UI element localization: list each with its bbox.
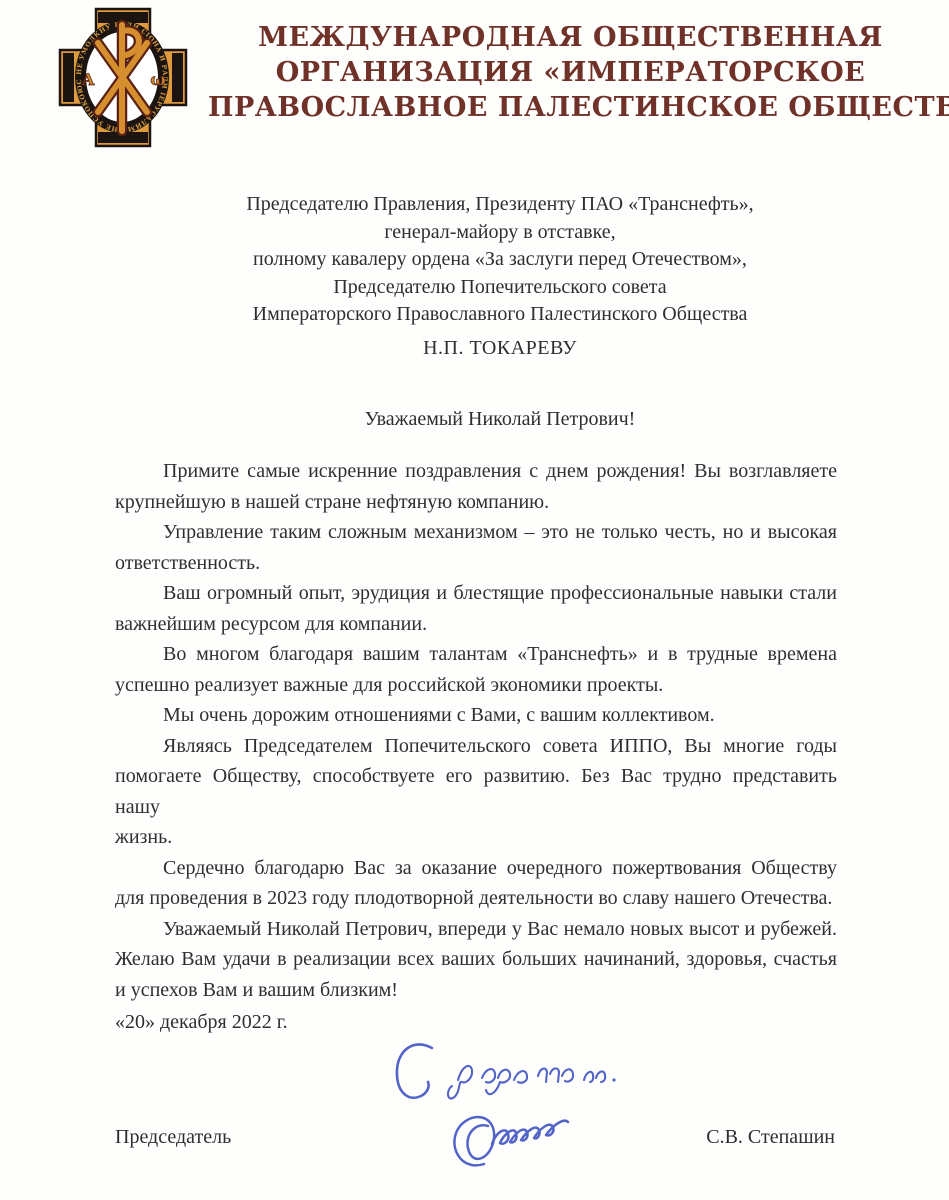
body-line: Во многом благодаря вашим талантам «Тран… bbox=[115, 639, 837, 670]
body-line: ответственность. bbox=[115, 548, 837, 579]
ippo-cross-logo-icon: НЕ УМОЛКНУ РАДИ СІОНА И РАДИ ІЕРУСАЛИМА … bbox=[58, 7, 188, 148]
salutation: Уважаемый Николай Петрович! bbox=[130, 408, 870, 431]
addressee-block: Председателю Правления, Президенту ПАО «… bbox=[130, 191, 870, 329]
addressee-name: Н.П. ТОКАРЕВУ bbox=[130, 337, 870, 360]
body-line: Ваш огромный опыт, эрудиция и блестящие … bbox=[115, 578, 837, 609]
signer-title: Председатель bbox=[115, 1126, 231, 1149]
org-title: МЕЖДУНАРОДНАЯ ОБЩЕСТВЕННАЯ ОРГАНИЗАЦИЯ «… bbox=[208, 20, 933, 125]
body-line: помогаете Обществу, способствуете его ра… bbox=[115, 761, 837, 822]
letter-page: НЕ УМОЛКНУ РАДИ СІОНА И РАДИ ІЕРУСАЛИМА … bbox=[0, 0, 949, 1200]
date-line: «20» декабря 2022 г. bbox=[115, 1011, 288, 1034]
handwritten-signature bbox=[388, 1036, 650, 1178]
body-line: Являясь Председателем Попечительского со… bbox=[115, 731, 837, 762]
addressee-line: Председателю Правления, Президенту ПАО «… bbox=[130, 191, 870, 219]
body-line: Уважаемый Николай Петрович, впереди у Ва… bbox=[115, 914, 837, 945]
org-title-line-1: МЕЖДУНАРОДНАЯ ОБЩЕСТВЕННАЯ bbox=[208, 20, 933, 55]
body-line: крупнейшую в нашей стране нефтяную компа… bbox=[115, 487, 837, 518]
addressee-line: Императорского Православного Палестинско… bbox=[130, 301, 870, 329]
body-line: Мы очень дорожим отношениями с Вами, с в… bbox=[115, 700, 837, 731]
signature-flourish-strokes bbox=[454, 1117, 568, 1165]
body-line: Сердечно благодарю Вас за оказание очере… bbox=[115, 853, 837, 884]
body-line: для проведения в 2023 году плодотворной … bbox=[115, 883, 837, 914]
body-line: Примите самые искренние поздравления с д… bbox=[115, 456, 837, 487]
body-line: Желаю Вам удачи в реализации всех ваших … bbox=[115, 944, 837, 975]
body-line: важнейшим ресурсом для компании. bbox=[115, 609, 837, 640]
logo-omega-letter: ω bbox=[150, 70, 165, 89]
addressee-line: Председателю Попечительского совета bbox=[130, 274, 870, 302]
signer-name: С.В. Степашин bbox=[706, 1126, 835, 1149]
logo-alpha-letter: А bbox=[81, 70, 94, 89]
letter-body: Примите самые искренние поздравления с д… bbox=[115, 456, 837, 1005]
body-line: и успехов Вам и вашим близким! bbox=[115, 975, 837, 1006]
org-title-line-3: ПРАВОСЛАВНОЕ ПАЛЕСТИНСКОЕ ОБЩЕСТВО» bbox=[208, 90, 933, 125]
addressee-line: полному кавалеру ордена «За заслуги пере… bbox=[130, 246, 870, 274]
handwriting-s-stroke bbox=[397, 1044, 432, 1097]
body-line: успешно реализует важные для российской … bbox=[115, 670, 837, 701]
body-line: жизнь. bbox=[115, 822, 837, 853]
handwriting-uvazheniem-strokes bbox=[448, 1066, 616, 1099]
org-title-line-2: ОРГАНИЗАЦИЯ «ИМПЕРАТОРСКОЕ bbox=[208, 55, 933, 90]
addressee-line: генерал-майору в отставке, bbox=[130, 219, 870, 247]
body-line: Управление таким сложным механизмом – эт… bbox=[115, 517, 837, 548]
